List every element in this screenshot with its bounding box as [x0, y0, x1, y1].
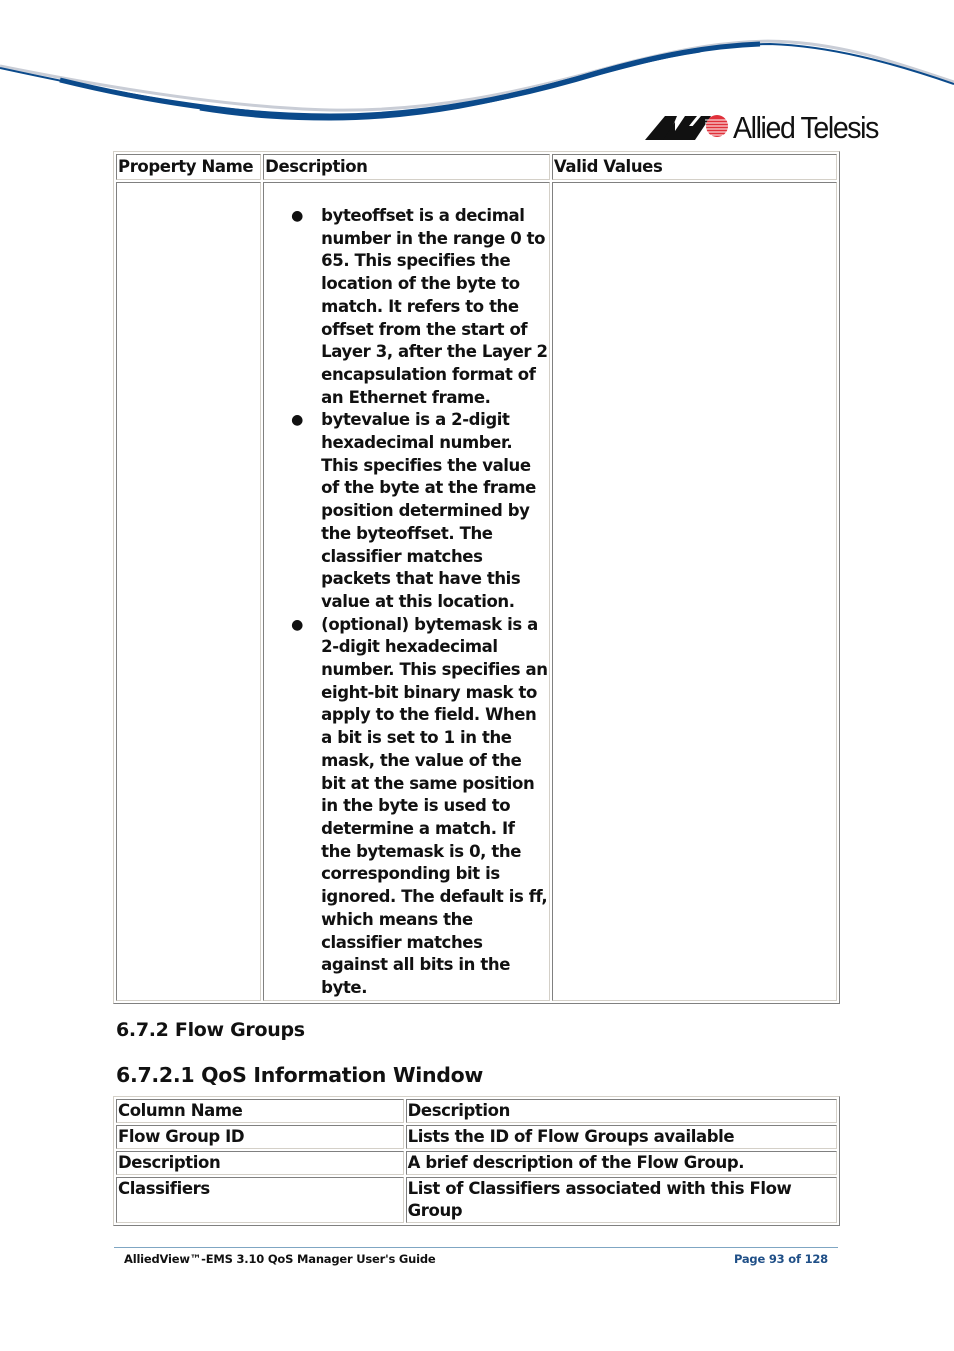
property-name-cell [116, 182, 261, 1001]
bullet-icon: ● [291, 409, 303, 432]
column-description-cell: Lists the ID of Flow Groups available [406, 1125, 837, 1149]
properties-table: Property Name Description Valid Values ●… [113, 151, 840, 1004]
column-description-cell: List of Classifiers associated with this… [406, 1177, 837, 1223]
bytemask-description: (optional) bytemask is a 2-digit hexadec… [321, 615, 547, 997]
header-description: Description [263, 154, 550, 180]
bytevalue-description: bytevalue is a 2-digit hexadecimal numbe… [321, 410, 536, 611]
table-row: ● byteoffset is a decimal number in the … [116, 182, 837, 1001]
header-column-name: Column Name [116, 1099, 404, 1123]
list-item: ● (optional) bytemask is a 2-digit hexad… [321, 614, 548, 1000]
description-bullet-list: ● byteoffset is a decimal number in the … [265, 205, 548, 1000]
column-name-cell: Flow Group ID [116, 1125, 404, 1149]
qos-window-columns-table: Column Name Description Flow Group ID Li… [113, 1096, 840, 1226]
table-row: Classifiers List of Classifiers associat… [116, 1177, 837, 1223]
footer-page-number: Page 93 of 128 [734, 1252, 828, 1266]
description-cell: ● byteoffset is a decimal number in the … [263, 182, 550, 1001]
valid-values-cell [552, 182, 837, 1001]
bullet-icon: ● [291, 205, 303, 228]
column-name-cell: Classifiers [116, 1177, 404, 1223]
column-name-cell: Description [116, 1151, 404, 1175]
footer-divider [114, 1247, 838, 1248]
header-valid-values: Valid Values [552, 154, 837, 180]
column-description-cell: A brief description of the Flow Group. [406, 1151, 837, 1175]
bullet-icon: ● [291, 614, 303, 637]
table-row: Description A brief description of the F… [116, 1151, 837, 1175]
table-row: Flow Group ID Lists the ID of Flow Group… [116, 1125, 837, 1149]
list-item: ● byteoffset is a decimal number in the … [321, 205, 548, 409]
header-property-name: Property Name [116, 154, 261, 180]
section-heading-qos-information-window: 6.7.2.1 QoS Information Window [116, 1063, 483, 1087]
allied-telesis-logo: Allied Telesis [645, 110, 891, 144]
list-item: ● bytevalue is a 2-digit hexadecimal num… [321, 409, 548, 613]
header-description: Description [406, 1099, 837, 1123]
allied-telesis-logo-mark-icon [645, 112, 729, 142]
byteoffset-description: byteoffset is a decimal number in the ra… [321, 206, 547, 407]
section-heading-flow-groups: 6.7.2 Flow Groups [116, 1019, 305, 1041]
footer-document-title: AlliedView™-EMS 3.10 QoS Manager User's … [124, 1252, 436, 1266]
table-header-row: Property Name Description Valid Values [116, 154, 837, 180]
brand-name: Allied Telesis [733, 112, 878, 143]
table-header-row: Column Name Description [116, 1099, 837, 1123]
